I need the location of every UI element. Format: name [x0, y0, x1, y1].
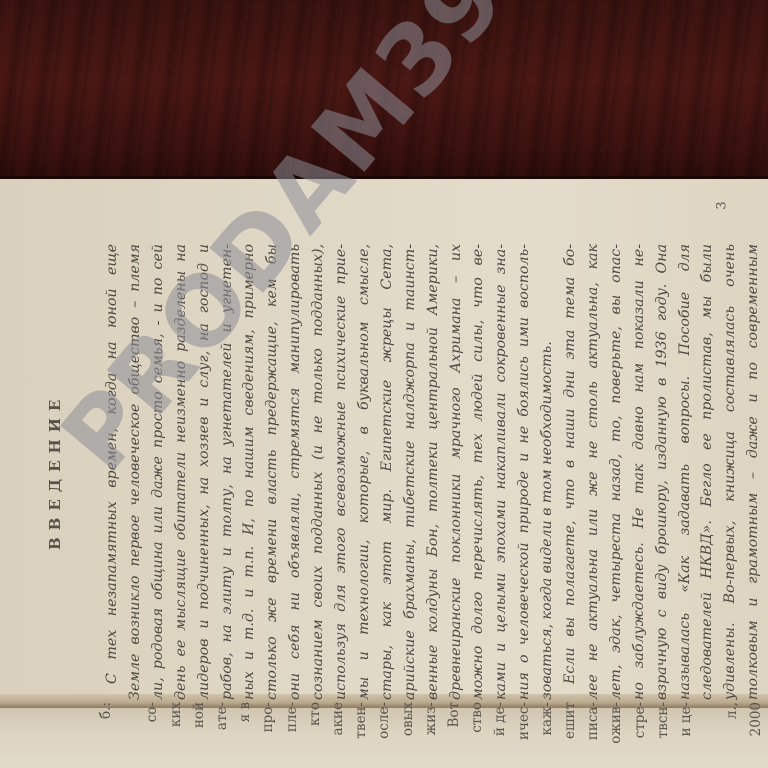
left-page-line-fragment: ешит: [559, 702, 579, 768]
text-line: день ее мыслящие обитатели неизменно раз…: [170, 244, 192, 700]
text-line: ния о человеческой природе и не боялись …: [513, 244, 535, 700]
text-line: сознанием своих подданных (и не только п…: [307, 244, 329, 700]
text-line: но заблуждаетесь. Не так давно нам показ…: [628, 244, 650, 700]
text-line: ных и т.д. и т.п. И, по нашим сведениям,…: [238, 244, 260, 700]
left-page-line-fragment: овых: [397, 702, 417, 768]
text-line: мы и технологии, которые, в буквальном с…: [353, 244, 375, 700]
left-page-line-fragment: ной: [188, 702, 208, 768]
text-line: Если вы полагаете, что в наши дни эта те…: [559, 244, 581, 700]
left-page-line-fragment: со-: [141, 702, 161, 768]
text-line: они себя ни объявляли, стремятся манипул…: [284, 244, 306, 700]
left-page-text-block: б.:со-кихнойате-я впро-пле-ктоакиетвен-о…: [0, 698, 768, 768]
left-page-line-fragment: пле-: [281, 702, 301, 768]
text-line: удивлены. Во-первых, книжица составлялас…: [719, 244, 741, 700]
left-page-line-fragment: писа-: [582, 702, 602, 768]
left-page-line-fragment: ство: [466, 702, 486, 768]
left-page-line-fragment: твен-: [350, 702, 370, 768]
chapter-title: ВВЕДЕНИЕ: [46, 393, 64, 550]
text-line: рабов, на элиту и толпу, на угнетателей …: [216, 244, 238, 700]
left-page-line-fragment: про-: [257, 702, 277, 768]
left-page-line-fragment: л.,: [721, 702, 741, 768]
wooden-table-background: [0, 0, 768, 182]
left-page-line-fragment: й де-: [489, 702, 509, 768]
text-line: Земле возникло первое человеческое общес…: [124, 244, 146, 700]
left-page-line-fragment: [698, 702, 718, 768]
left-page-line-fragment: Вот: [443, 702, 463, 768]
left-page-line-fragment: 2000: [745, 702, 765, 768]
left-page-line-fragment: ожив-: [605, 702, 625, 768]
left-page-line-fragment: и це-: [675, 702, 695, 768]
left-page-line-fragment: осле-: [373, 702, 393, 768]
left-page-line-fragment: ичес-: [513, 702, 533, 768]
left-page-line-fragment: я в: [234, 702, 254, 768]
left-page-line-fragment: каж-: [536, 702, 556, 768]
text-line: лет, эдак, четыреста назад, то, поверьте…: [605, 244, 627, 700]
text-line: С тех незапамятных времен, когда на юной…: [101, 244, 123, 700]
text-line: взрачную с виду брошюру, изданную в 1936…: [651, 244, 673, 700]
left-page-line-fragment: ких: [165, 702, 185, 768]
text-line: столько же времени власть предержащие, к…: [261, 244, 283, 700]
text-line: толковым и грамотным – даже и по совреме…: [742, 244, 764, 700]
text-line: можно долго перечислять, тех людей силы,…: [467, 244, 489, 700]
right-page-text-block: ВВЕДЕНИЕ С тех незапамятных времен, когд…: [0, 230, 740, 700]
text-line: стары, как этот мир. Египетские жрецы Се…: [376, 244, 398, 700]
page-number: 3: [715, 201, 730, 209]
text-line: древнеиранские поклонники мрачного Ахрим…: [445, 244, 467, 700]
text-line: арийские брахманы, тибетские налджорпа и…: [399, 244, 421, 700]
left-page-line-fragment: кто: [304, 702, 324, 768]
text-line: венные колдуны Бон, толтеки центральной …: [422, 244, 444, 700]
left-page-line-ends: б.:со-кихнойате-я впро-пле-ктоакиетвен-о…: [0, 698, 768, 768]
text-line: ками и целыми эпохами накапливали сокров…: [490, 244, 512, 700]
text-line: лее не актуальна или же не столь актуаль…: [582, 244, 604, 700]
left-page-line-fragment: стре-: [629, 702, 649, 768]
left-page-line-fragment: акие: [327, 702, 347, 768]
left-page-line-fragment: жиз-: [420, 702, 440, 768]
text-line: используя для этого всевозможные психиче…: [330, 244, 352, 700]
text-line: называлась «Как задавать вопросы. Пособи…: [674, 244, 696, 700]
left-page-line-fragment: ате-: [211, 702, 231, 768]
text-line: ли, родовая община или даже просто семья…: [147, 244, 169, 700]
left-page-line-fragment: [118, 702, 138, 768]
left-page-line-fragment: твсн-: [652, 702, 672, 768]
text-line: лидеров и подчиненных, на хозяев и слуг,…: [193, 244, 215, 700]
text-line: зоваться, когда видели в том необходимос…: [536, 244, 558, 700]
text-line: следователей НКВД». Бегло ее пролистав, …: [696, 244, 718, 700]
left-page-line-fragment: б.:: [95, 702, 115, 768]
